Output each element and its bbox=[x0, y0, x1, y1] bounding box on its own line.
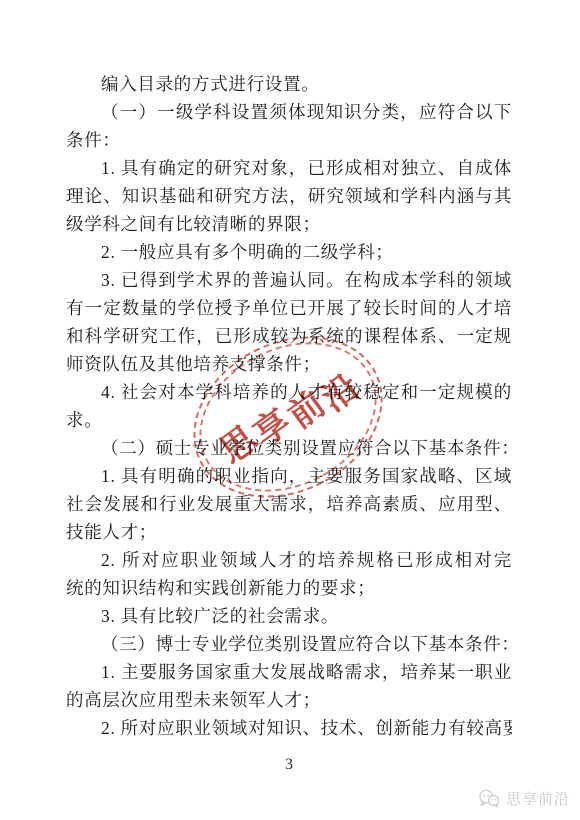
text-line: 条件： bbox=[66, 126, 512, 154]
text-line: 统的知识结构和实践创新能力的要求； bbox=[66, 574, 512, 602]
text-line: 师资队伍及其他培养支撑条件； bbox=[66, 350, 512, 378]
document-page: 编入目录的方式进行设置。 （一）一级学科设置须体现知识分类，应符合以下基本 条件… bbox=[0, 0, 580, 820]
page-number: 3 bbox=[66, 756, 512, 774]
text-line: 1. 具有确定的研究对象，已形成相对独立、自成体系的 bbox=[66, 154, 512, 182]
text-line: 理论、知识基础和研究方法，研究领域和学科内涵与其他一 bbox=[66, 182, 512, 210]
text-line: 编入目录的方式进行设置。 bbox=[66, 70, 512, 98]
text-line: 技能人才； bbox=[66, 518, 512, 546]
text-line: 4. 社会对本学科培养的人才有较稳定和一定规模的需 bbox=[66, 378, 512, 406]
brand-name: 思享前沿 bbox=[506, 788, 570, 809]
text-line: 1. 具有明确的职业指向，主要服务国家战略、区域经济 bbox=[66, 462, 512, 490]
text-line: （二）硕士专业学位类别设置应符合以下基本条件： bbox=[66, 434, 512, 462]
text-line: 1. 主要服务国家重大发展战略需求，培养某一职业领域 bbox=[66, 658, 512, 686]
text-line: （一）一级学科设置须体现知识分类，应符合以下基本 bbox=[66, 98, 512, 126]
text-line: 2. 一般应具有多个明确的二级学科； bbox=[66, 238, 512, 266]
footer-brand: 思享前沿 bbox=[478, 787, 570, 809]
text-line: （三）博士专业学位类别设置应符合以下基本条件： bbox=[66, 630, 512, 658]
text-line: 社会发展和行业发展重大需求，培养高素质、应用型、技术 bbox=[66, 490, 512, 518]
text-line: 2. 所对应职业领域对知识、技术、创新能力有较高要求； bbox=[66, 714, 512, 742]
wechat-logo-icon bbox=[478, 789, 501, 808]
text-line: 的高层次应用型未来领军人才； bbox=[66, 686, 512, 714]
text-line: 2. 所对应职业领域人才的培养规格已形成相对完整、系 bbox=[66, 546, 512, 574]
text-line: 3. 具有比较广泛的社会需求。 bbox=[66, 602, 512, 630]
text-line: 级学科之间有比较清晰的界限； bbox=[66, 210, 512, 238]
document-body: 编入目录的方式进行设置。 （一）一级学科设置须体现知识分类，应符合以下基本 条件… bbox=[66, 70, 512, 742]
text-line: 和科学研究工作，已形成较为系统的课程体系、一定规模的 bbox=[66, 322, 512, 350]
text-line: 求。 bbox=[66, 406, 512, 434]
text-line: 3. 已得到学术界的普遍认同。在构成本学科的领域内， bbox=[66, 266, 512, 294]
text-line: 有一定数量的学位授予单位已开展了较长时间的人才培养 bbox=[66, 294, 512, 322]
